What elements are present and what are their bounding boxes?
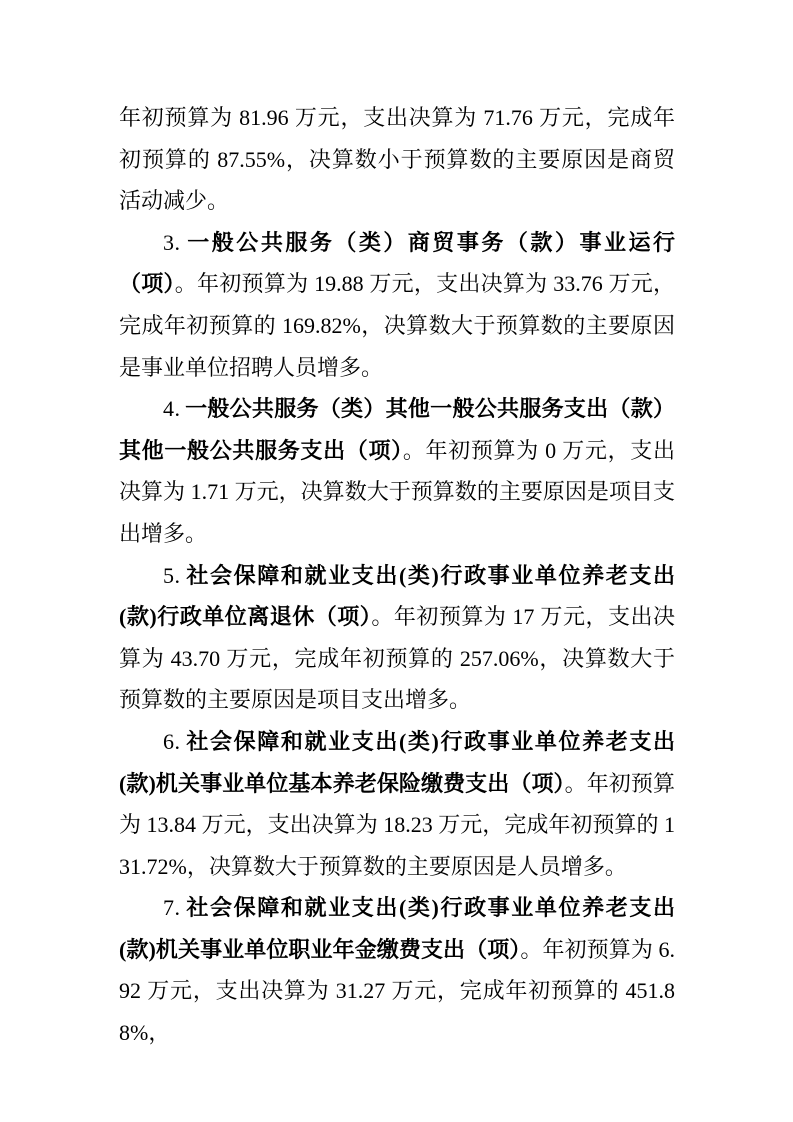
- paragraph-text: 。年初预算为 19.88 万元，支出决算为 33.76 万元，完成年初预算的 1…: [119, 271, 675, 379]
- item-number: 3.: [163, 230, 180, 255]
- paragraph-item-5: 5.社会保障和就业支出(类)行政事业单位养老支出(款)行政单位离退休（项）。年初…: [119, 555, 675, 721]
- document-page: 年初预算为 81.96 万元，支出决算为 71.76 万元，完成年初预算的 87…: [0, 0, 793, 1122]
- item-number: 7.: [163, 895, 180, 920]
- item-number: 6.: [163, 729, 180, 754]
- paragraph-text: 年初预算为 81.96 万元，支出决算为 71.76 万元，完成年初预算的 87…: [119, 105, 675, 213]
- item-number: 4.: [163, 396, 180, 421]
- paragraph-item-6: 6.社会保障和就业支出(类)行政事业单位养老支出(款)机关事业单位基本养老保险缴…: [119, 721, 675, 887]
- paragraph-item2-continuation: 年初预算为 81.96 万元，支出决算为 71.76 万元，完成年初预算的 87…: [119, 97, 675, 222]
- paragraph-item-3: 3.一般公共服务（类）商贸事务（款）事业运行（项）。年初预算为 19.88 万元…: [119, 222, 675, 388]
- paragraph-item-4: 4.一般公共服务（类）其他一般公共服务支出（款）其他一般公共服务支出（项）。年初…: [119, 388, 675, 554]
- text-block: 年初预算为 81.96 万元，支出决算为 71.76 万元，完成年初预算的 87…: [119, 97, 675, 1054]
- paragraph-item-7: 7.社会保障和就业支出(类)行政事业单位养老支出(款)机关事业单位职业年金缴费支…: [119, 887, 675, 1053]
- item-number: 5.: [163, 563, 180, 588]
